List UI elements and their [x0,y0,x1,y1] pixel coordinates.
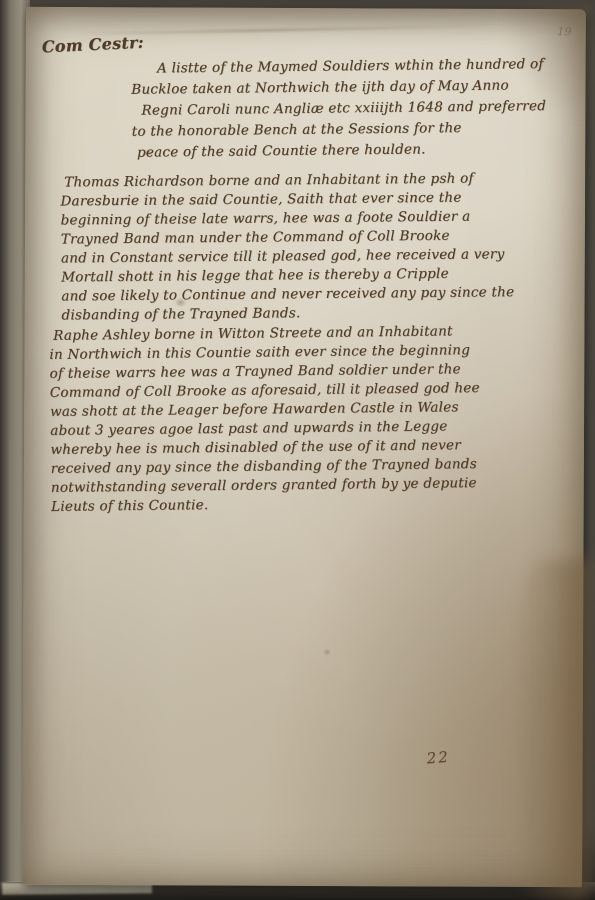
entry-thomas-richardson: Thomas Richardson borne and an Inhabitan… [60,169,573,326]
title-line: peace of the said Countie there houlden. [137,138,582,164]
folio-number: 19 [557,25,572,38]
manuscript-photo: Com Cestr: 19 A listte of the Maymed Sou… [0,0,595,900]
water-stain [510,559,589,899]
entry-raphe-ashley: Raphe Ashley borne in Witton Streete and… [49,321,563,517]
document-title: A listte of the Maymed Souldiers wthin t… [129,54,582,164]
manuscript-page: Com Cestr: 19 A listte of the Maymed Sou… [22,7,586,887]
page-number: 22 [426,748,451,768]
county-heading: Com Cestr: [41,33,144,57]
ink-speck [323,648,331,656]
